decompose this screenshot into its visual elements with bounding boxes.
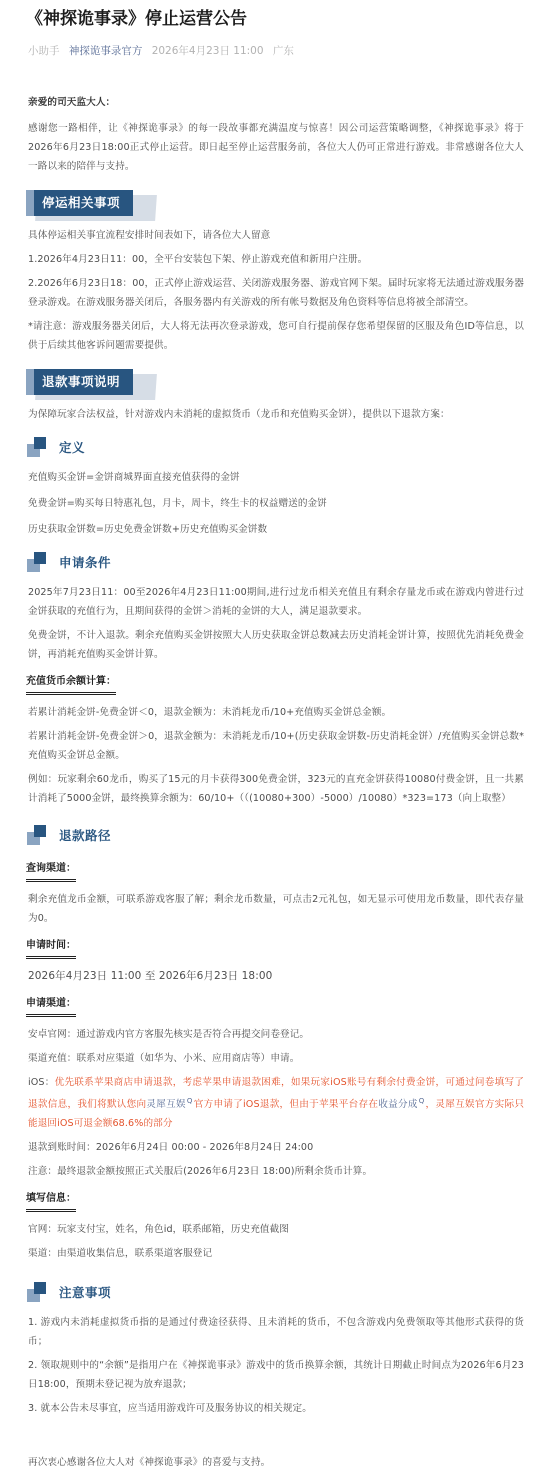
channel-ios: iOS：优先联系苹果商店申请退款，考虑苹果申请退款困难，如果玩家iOS账号有剩余…	[28, 1073, 524, 1133]
publish-location: 广东	[273, 45, 294, 57]
note-item: 3. 就本公告未尽事宜，应当适用游戏许可及服务协议的相关规定。	[28, 1399, 524, 1418]
banner-label: 退款事项说明	[42, 369, 120, 395]
definition-line: 充值购买金饼=金饼商城界面直接充值获得的金饼	[28, 468, 524, 487]
closing-line: 再次衷心感谢各位大人对《神探诡事录》的喜爱与支持。	[28, 1453, 524, 1472]
fill-official: 官网：玩家支付宝，姓名，角色id，联系邮箱，历史充值截图	[28, 1220, 524, 1239]
section-banner-refund: 退款事项说明	[26, 369, 156, 399]
ios-text-2: 官方申请了iOS退款，但由于苹果平台存在	[194, 1099, 379, 1110]
account-link[interactable]: 神探诡事录官方	[69, 45, 143, 57]
calc-label: 充值货币余额计算：	[26, 675, 116, 695]
apply-time-label: 申请时间：	[26, 939, 76, 959]
channel-android: 安卓官网：通过游戏内官方客服先核实是否符合再提交问卷登记。	[28, 1025, 524, 1044]
search-link-lingxi[interactable]: 灵犀互娱	[146, 1099, 185, 1110]
subhead-refund-path: 退款路径	[27, 824, 524, 846]
squares-icon	[27, 552, 47, 572]
refund-lead: 为保障玩家合法权益，针对游戏内未消耗的虚拟货币（龙币和充值购买金饼），提供以下退…	[28, 405, 524, 424]
definition-line: 历史获取金饼数=历史免费金饼数+历史充值购买金饼数	[28, 520, 524, 539]
banner-accent	[26, 190, 34, 216]
refund-notice: 注意：最终退款金额按照正式关服后(2026年6月23日 18:00)所剩余货币计…	[28, 1162, 524, 1181]
query-channel-text: 剩余充值龙币金额，可联系游戏客服了解；剩余龙币数量，可点击2元礼包，如无显示可使…	[28, 890, 524, 928]
stop-item-1: 1.2026年4月23日11：00，全平台安装包下架、停止游戏充值和新用户注册。	[28, 250, 524, 269]
definition-line: 免费金饼=购买每日特惠礼包，月卡，周卡，终生卡的权益赠送的金饼	[28, 494, 524, 513]
banner-label: 停运相关事项	[42, 190, 120, 216]
publish-datetime: 2026年4月23日 11:00	[152, 45, 264, 57]
squares-icon	[27, 437, 47, 457]
article-body: 亲爱的司天监大人： 感谢您一路相伴，让《神探诡事录》的每一段故事都充满温度与惊喜…	[28, 93, 524, 1472]
article-title: 《神探诡事录》停止运营公告	[26, 8, 524, 30]
channel-partner: 渠道充值：联系对应渠道（如华为、小米、应用商店等）申请。	[28, 1049, 524, 1068]
subhead-definition: 定义	[27, 436, 524, 458]
stop-note: *请注意：游戏服务器关闭后，大人将无法再次登录游戏，您可自行提前保存您希望保留的…	[28, 317, 524, 355]
note-item: 1. 游戏内未消耗虚拟货币指的是通过付费途径获得、且未消耗的货币，不包含游戏内免…	[28, 1313, 524, 1351]
search-link-revenue-share[interactable]: 收益分成	[378, 1099, 417, 1110]
subhead-label: 定义	[59, 438, 85, 456]
apply-time-text: 2026年4月23日 11:00 至 2026年6月23日 18:00	[28, 967, 524, 986]
fill-channel: 渠道：由渠道收集信息，联系渠道客服登记	[28, 1244, 524, 1263]
spacer	[28, 1423, 524, 1453]
calc-line: 若累计消耗金饼-免费金饼＜0，退款金额为：未消耗龙币/10+充值购买金饼总金额。	[28, 703, 524, 722]
banner-accent	[26, 369, 34, 395]
note-item: 2. 领取规则中的“余额”是指用户在《神探诡事录》游戏中的货币换算余额，其统计日…	[28, 1356, 524, 1394]
ios-prefix: iOS：	[28, 1077, 55, 1088]
subhead-label: 退款路径	[59, 826, 111, 844]
search-icon[interactable]: Q	[419, 1097, 425, 1105]
conditions-paragraph: 免费金饼，不计入退款。剩余充值购买金饼按照大人历史获取金饼总数减去历史消耗金饼计…	[28, 626, 524, 664]
author-name: 小助手	[28, 45, 60, 57]
subhead-label: 注意事项	[59, 1283, 111, 1301]
calc-line: 若累计消耗金饼-免费金饼＞0，退款金额为：未消耗龙币/10+(历史获取金饼数-历…	[28, 727, 524, 765]
greeting: 亲爱的司天监大人：	[28, 93, 524, 112]
article-meta: 小助手 神探诡事录官方 2026年4月23日 11:00 广东	[28, 44, 524, 58]
search-icon[interactable]: Q	[187, 1097, 193, 1105]
conditions-paragraph: 2025年7月23日11：00至2026年4月23日11:00期间,进行过龙币相…	[28, 583, 524, 621]
squares-icon	[27, 825, 47, 845]
stop-lead: 具体停运相关事宜流程安排时间表如下，请各位大人留意	[28, 226, 524, 245]
subhead-notes: 注意事项	[27, 1281, 524, 1303]
subhead-label: 申请条件	[59, 553, 111, 571]
stop-item-2: 2.2026年6月23日18：00，正式停止游戏运营、关闭游戏服务器、游戏官网下…	[28, 274, 524, 312]
subhead-conditions: 申请条件	[27, 551, 524, 573]
apply-channel-label: 申请渠道：	[26, 997, 76, 1017]
query-channel-label: 查询渠道：	[26, 862, 76, 882]
refund-arrival-time: 退款到账时间：2026年6月24日 00:00 - 2026年8月24日 24:…	[28, 1138, 524, 1157]
article: 《神探诡事录》停止运营公告 小助手 神探诡事录官方 2026年4月23日 11:…	[0, 0, 550, 1472]
fill-info-label: 填写信息：	[26, 1192, 76, 1212]
squares-icon	[27, 1282, 47, 1302]
intro-paragraph: 感谢您一路相伴，让《神探诡事录》的每一段故事都充满温度与惊喜！因公司运营策略调整…	[28, 119, 524, 176]
calc-example: 例如：玩家剩余60龙币，购买了15元的月卡获得300免费金饼，323元的直充金饼…	[28, 770, 524, 808]
section-banner-stop-service: 停运相关事项	[26, 190, 156, 220]
